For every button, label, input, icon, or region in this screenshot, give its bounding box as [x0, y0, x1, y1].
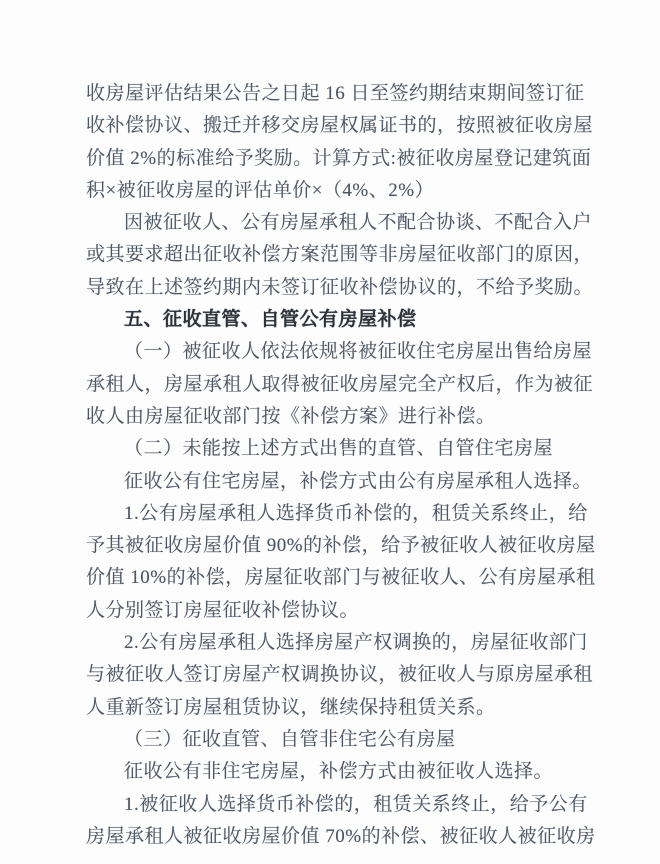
text-line: 收补偿协议、搬迁并移交房屋权属证书的，按照被征收房屋 [86, 110, 586, 142]
text-line: 房屋承租人被征收房屋价值 70%的补偿、被征收人被征收房 [86, 821, 586, 853]
document-text-block: 收房屋评估结果公告之日起 16 日至签约期结束期间签订征 收补偿协议、搬迁并移交… [86, 78, 586, 853]
text-line: 价值 10%的补偿，房屋征收部门与被征收人、公有房屋承租 [86, 562, 586, 594]
text-line: 1.公有房屋承租人选择货币补偿的，租赁关系终止，给 [86, 498, 586, 530]
text-line: （二）未能按上述方式出售的直管、自管住宅房屋 [86, 433, 586, 465]
text-line: 征收公有非住宅房屋，补偿方式由被征收人选择。 [86, 756, 586, 788]
text-line: 予其被征收房屋价值 90%的补偿，给予被征收人被征收房屋 [86, 530, 586, 562]
document-page: 收房屋评估结果公告之日起 16 日至签约期结束期间签订征 收补偿协议、搬迁并移交… [0, 0, 660, 864]
text-line: 承租人，房屋承租人取得被征收房屋完全产权后，作为被征 [86, 369, 586, 401]
text-line: 与被征收人签订房屋产权调换协议，被征收人与原房屋承租 [86, 659, 586, 691]
text-line: 2.公有房屋承租人选择房屋产权调换的，房屋征收部门 [86, 627, 586, 659]
text-line: 人重新签订房屋租赁协议，继续保持租赁关系。 [86, 692, 586, 724]
text-line: 价值 2%的标准给予奖励。计算方式:被征收房屋登记建筑面 [86, 143, 586, 175]
section-heading: 五、征收直管、自管公有房屋补偿 [86, 304, 586, 336]
text-line: 1.被征收人选择货币补偿的，租赁关系终止，给予公有 [86, 789, 586, 821]
text-line: 收人由房屋征收部门按《补偿方案》进行补偿。 [86, 401, 586, 433]
text-line: 收房屋评估结果公告之日起 16 日至签约期结束期间签订征 [86, 78, 586, 110]
text-line: 导致在上述签约期内未签订征收补偿协议的，不给予奖励。 [86, 272, 586, 304]
text-line: 征收公有住宅房屋，补偿方式由公有房屋承租人选择。 [86, 466, 586, 498]
text-line: 人分别签订房屋征收补偿协议。 [86, 595, 586, 627]
text-line: （三）征收直管、自管非住宅公有房屋 [86, 724, 586, 756]
text-line: 因被征收人、公有房屋承租人不配合协谈、不配合入户 [86, 207, 586, 239]
text-line: 积×被征收房屋的评估单价×（4%、2%） [86, 175, 586, 207]
text-line: 或其要求超出征收补偿方案范围等非房屋征收部门的原因， [86, 239, 586, 271]
text-line: （一）被征收人依法依规将被征收住宅房屋出售给房屋 [86, 336, 586, 368]
